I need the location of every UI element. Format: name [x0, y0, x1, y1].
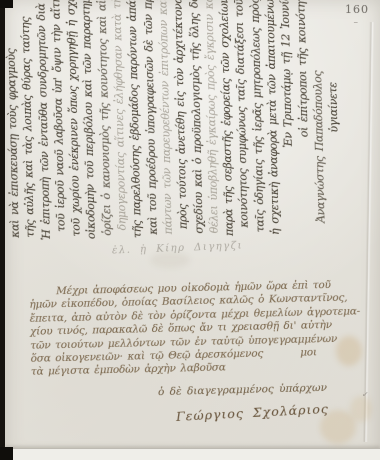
paper-stain	[350, 396, 372, 422]
letter-body: Μέχρι ἀποφάσεως μου οἰκοδομὰ ἡμῶν ὥρα ἐπ…	[29, 278, 367, 379]
tick-mark: ✓	[361, 390, 369, 400]
folio-number: 160	[345, 3, 369, 16]
folio-dash: –	[354, 18, 359, 28]
photo-edge-bottom-left	[0, 447, 13, 460]
manuscript-photo: 160 – καὶ νὰ ἐπισκευάσῃ τοὺς φραγμοὺς τῆ…	[0, 0, 380, 460]
rotated-handwritten-letter: καὶ νὰ ἐπισκευάσῃ τοὺς φραγμοὺς τῆς αὐλῆ…	[2, 0, 347, 246]
underlying-page-edge	[5, 448, 380, 460]
